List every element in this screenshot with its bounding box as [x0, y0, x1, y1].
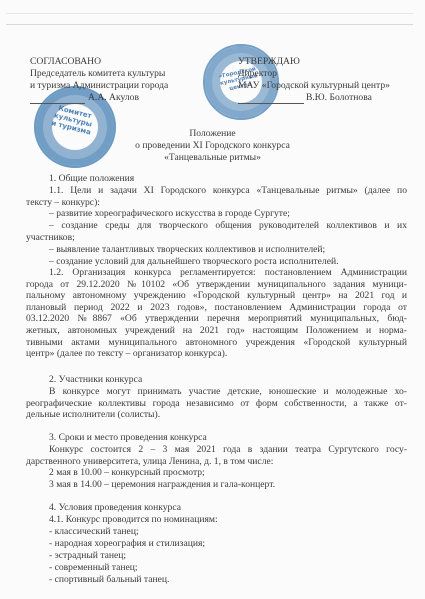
text-line: участников;: [26, 232, 407, 244]
doc-title: Положение: [0, 128, 425, 139]
approval-right-line2: МАУ «Городской культурный центр»: [238, 80, 390, 91]
section3-paragraph: Конкурс состоится 2 – 3 мая 2021 года в …: [26, 444, 407, 467]
text-line: центр» (далее по тексту – организатор ко…: [26, 348, 407, 360]
doc-contest-name: «Танцевальные ритмы»: [0, 152, 425, 163]
approval-left-line2: и туризма Администрации города: [30, 80, 168, 91]
doc-subtitle: о проведении XI Городского конкурса: [0, 140, 425, 151]
approval-right-line1: Директор: [238, 68, 277, 79]
text-line: реографические коллективы города независ…: [26, 398, 407, 410]
nomination-item: - народная хореография и стилизация;: [49, 538, 205, 549]
goal-item: – создание условий для дальнейшего творч…: [49, 256, 339, 267]
schedule-item: 2 мая в 10.00 – конкурсный просмотр;: [49, 467, 205, 478]
goal-item: – создание среды для творческого общения…: [26, 220, 407, 243]
text-line: Конкурс состоится 2 – 3 мая 2021 года в …: [26, 444, 407, 456]
approval-left-title: СОГЛАСОВАНО: [30, 56, 101, 67]
section2-paragraph: В конкурсе могут принимать участие детск…: [26, 386, 407, 421]
text-line: дарственного университета, улица Ленина,…: [26, 456, 407, 468]
text-line: 1.2. Организация конкурса регламентирует…: [26, 267, 407, 279]
section3-heading: 3. Сроки и место проведения конкурса: [49, 432, 207, 443]
section4-heading: 4. Условия проведения конкурса: [49, 502, 181, 513]
text-line: пальному автономному учреждению «Городск…: [26, 290, 407, 302]
scan-line: [6, 24, 413, 25]
text-line: 1.1. Цели и задачи XI Городского конкурс…: [26, 185, 407, 197]
text-line: жетных, автономных учреждений на 2021 го…: [26, 325, 407, 337]
nomination-item: - классический танец;: [49, 526, 139, 537]
text-line: дельные исполнители (солисты).: [26, 409, 407, 421]
section1-paragraph-1-1: 1.1. Цели и задачи XI Городского конкурс…: [26, 185, 407, 208]
text-line: – создание среды для творческого общения…: [26, 220, 407, 232]
nomination-item: - современный танец;: [49, 562, 138, 573]
nomination-item: - спортивный бальный танец.: [49, 574, 169, 585]
approval-left-signatory: А.А. Акулов: [88, 92, 139, 103]
signature-line-left: [30, 103, 85, 104]
section1-paragraph-1-2: 1.2. Организация конкурса регламентирует…: [26, 267, 407, 360]
text-line: плановый период 2022 и 2023 годов», пост…: [26, 302, 407, 314]
text-line: 03.12.2020 №8867 «Об утверждении перечня…: [26, 313, 407, 325]
approval-left-line1: Председатель комитета культуры: [30, 68, 165, 79]
text-line: города от 29.12.2020 №10102 «Об утвержде…: [26, 279, 407, 291]
approval-right-signatory: В.Ю. Болотнова: [306, 92, 372, 103]
text-line: тивными актами муниципального автономног…: [26, 337, 407, 349]
schedule-item: 3 мая в 14.00 – церемония награждения и …: [49, 479, 275, 490]
goal-item: – выявление талантливых творческих колле…: [49, 244, 325, 255]
nomination-item: - эстрадный танец;: [49, 550, 126, 561]
goal-item: – развитие хореографического искусства в…: [49, 208, 290, 219]
section4-subheading: 4.1. Конкурс проводится по номинациям:: [49, 514, 218, 525]
section1-heading: 1. Общие положения: [49, 173, 134, 184]
text-line: В конкурсе могут принимать участие детск…: [26, 386, 407, 398]
scan-line: [6, 13, 413, 14]
signature-line-right: [238, 103, 304, 104]
section2-heading: 2. Участники конкурса: [49, 374, 142, 385]
text-line: тексту – конкурс):: [26, 197, 407, 209]
approval-right-title: УТВЕРЖДАЮ: [238, 56, 300, 67]
